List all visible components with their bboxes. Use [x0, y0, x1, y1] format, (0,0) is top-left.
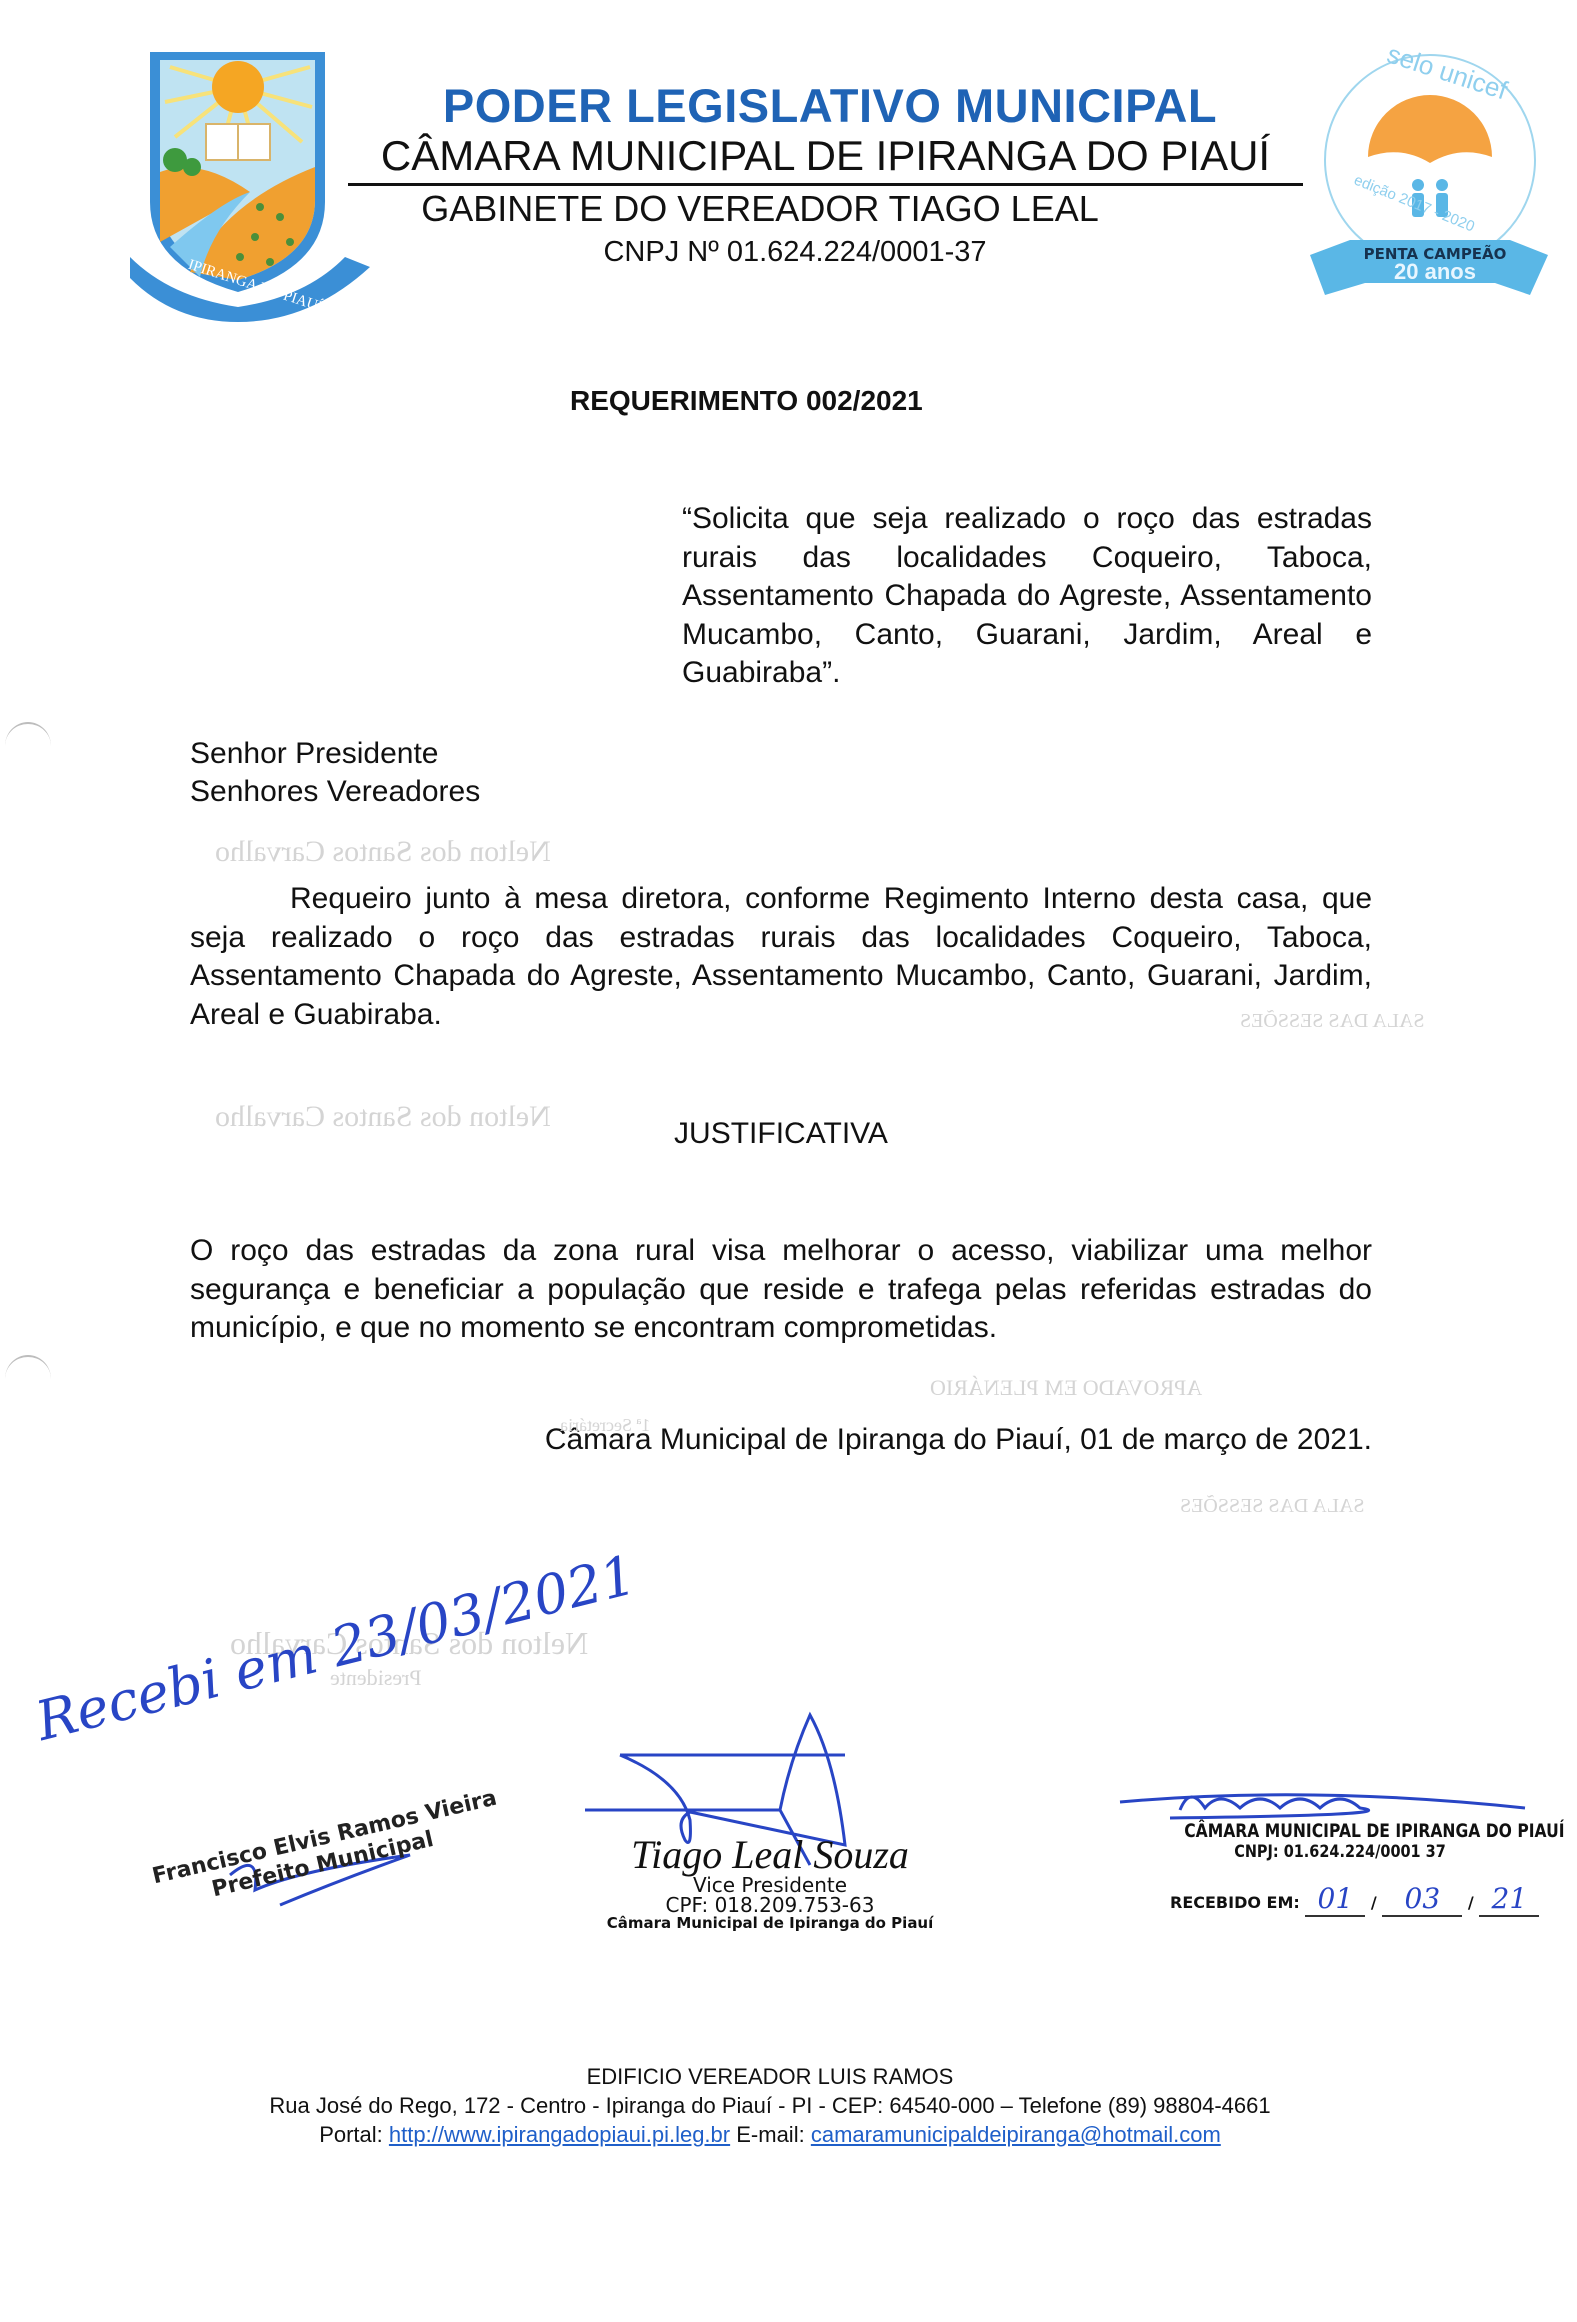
- ghost-stamp-session-room: SALA DAS SESSÕES: [1180, 1495, 1365, 1518]
- councilor-name: Tiago Leal Souza: [600, 1835, 940, 1875]
- header-divider: [348, 183, 1303, 186]
- footer-building: EDIFICIO VEREADOR LUIS RAMOS: [170, 2062, 1370, 2091]
- email-label: E-mail:: [736, 2122, 804, 2147]
- salutation: Senhor Presidente Senhores Vereadores: [190, 735, 480, 811]
- email-link[interactable]: camaramunicipaldeipiranga@hotmail.com: [811, 2122, 1221, 2147]
- page-footer: EDIFICIO VEREADOR LUIS RAMOS Rua José do…: [170, 2062, 1370, 2149]
- header-office: GABINETE DO VEREADOR TIAGO LEAL: [380, 188, 1140, 230]
- ghost-stamp-secretary: 1ª Secretária: [560, 1415, 650, 1436]
- stamp-month: 03: [1382, 1882, 1462, 1917]
- ghost-stamp-session-room: SALA DAS SESSÕES: [1240, 1010, 1425, 1033]
- councilor-role: Vice Presidente: [600, 1875, 940, 1895]
- salutation-line: Senhor Presidente: [190, 735, 480, 773]
- portal-link[interactable]: http://www.ipirangadopiaui.pi.leg.br: [389, 2122, 730, 2147]
- ghost-stamp-president: Nelton dos Santos Carvalho: [215, 835, 551, 869]
- request-paragraph: Requeiro junto à mesa diretora, conforme…: [190, 880, 1372, 1034]
- councilor-cpf: CPF: 018.209.753-63: [600, 1895, 940, 1915]
- scan-mark: [5, 1355, 51, 1403]
- reception-stamp: CÂMARA MUNICIPAL DE IPIRANGA DO PIAUÍ CN…: [1150, 1820, 1530, 1917]
- header-institution: PODER LEGISLATIVO MUNICIPAL: [380, 78, 1280, 133]
- stamp-cnpj: CNPJ: 01.624.224/0001 37: [1179, 1842, 1502, 1862]
- stamp-year: 21: [1479, 1882, 1539, 1917]
- scan-mark: [5, 722, 51, 770]
- document-summary: “Solicita que seja realizado o roço das …: [682, 500, 1372, 693]
- seal-ribbon-line2: 20 anos: [1360, 259, 1510, 285]
- municipal-crest-logo: IPIRANGA DO PIAUÍ 1912 1962: [130, 42, 390, 322]
- councilor-organization: Câmara Municipal de Ipiranga do Piauí: [600, 1915, 940, 1931]
- unicef-seal-logo: selo unicef edição 2017 - 2020 PENTA CAM…: [1290, 45, 1550, 320]
- place-and-date: Câmara Municipal de Ipiranga do Piauí, 0…: [190, 1423, 1372, 1457]
- salutation-line: Senhores Vereadores: [190, 773, 480, 811]
- footer-contacts: Portal: http://www.ipirangadopiaui.pi.le…: [170, 2120, 1370, 2149]
- justification-paragraph: O roço das estradas da zona rural visa m…: [190, 1232, 1372, 1348]
- portal-label: Portal:: [319, 2122, 383, 2147]
- header-cnpj: CNPJ Nº 01.624.224/0001-37: [380, 236, 1210, 269]
- header-chamber: CÂMARA MUNICIPAL DE IPIRANGA DO PIAUÍ: [348, 132, 1303, 180]
- councilor-signature-block: Tiago Leal Souza Vice Presidente CPF: 01…: [600, 1835, 940, 1931]
- stamp-received-line: RECEBIDO EM: 01 / 03 / 21: [1150, 1882, 1530, 1917]
- ghost-stamp-approved: APROVADO EM PLENÁRIO: [930, 1375, 1202, 1401]
- ghost-stamp-president: Nelton dos Santos Carvalho: [215, 1100, 551, 1134]
- footer-address: Rua José do Rego, 172 - Centro - Ipirang…: [170, 2091, 1370, 2120]
- stamp-organization: CÂMARA MUNICIPAL DE IPIRANGA DO PIAUÍ: [1184, 1820, 1496, 1842]
- document-title: REQUERIMENTO 002/2021: [570, 385, 1030, 417]
- stamp-day: 01: [1305, 1882, 1365, 1917]
- stamp-received-label: RECEBIDO EM:: [1170, 1893, 1300, 1912]
